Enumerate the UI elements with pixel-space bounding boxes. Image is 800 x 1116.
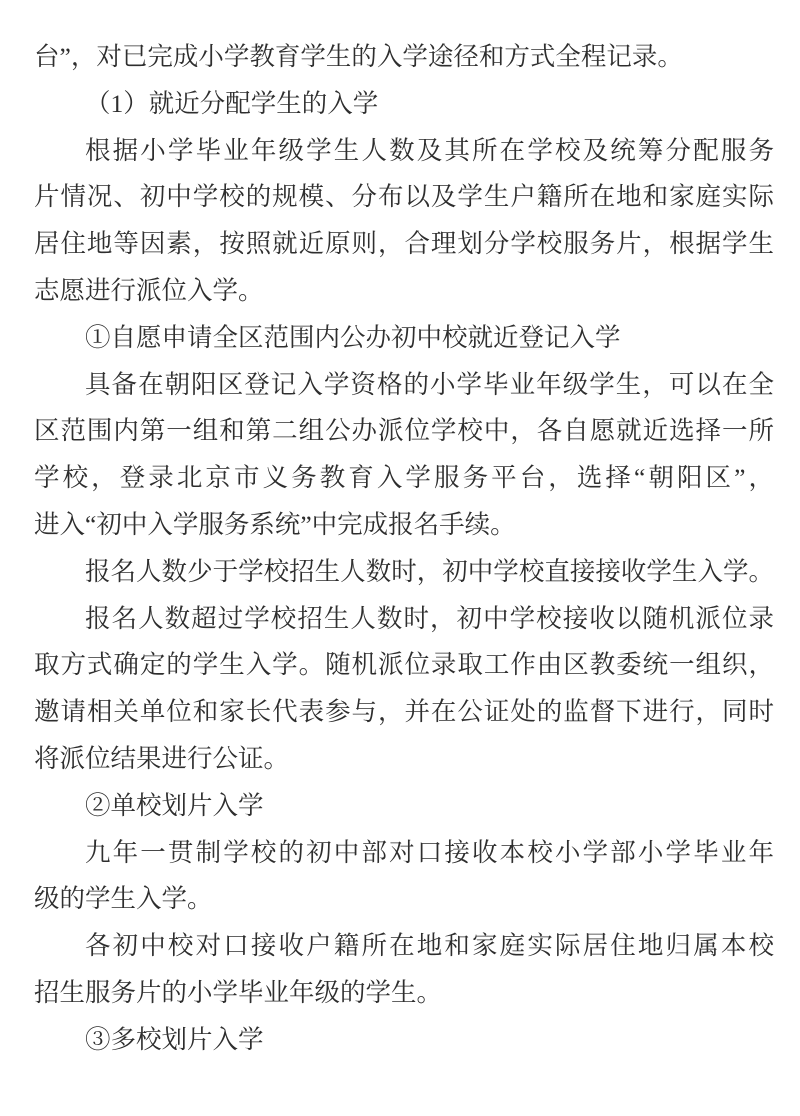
document-line: 根据小学毕业年级学生人数及其所在学校及统筹分配服务 [34, 128, 774, 175]
document-line: 片情况、初中学校的规模、分布以及学生户籍所在地和家庭实际 [34, 174, 774, 221]
document-line: 报名人数超过学校招生人数时，初中学校接收以随机派位录 [34, 596, 774, 643]
document-line: 招生服务片的小学毕业年级的学生。 [34, 970, 774, 1017]
document-line: 进入“初中入学服务系统”中完成报名手续。 [34, 502, 774, 549]
document-line: ①自愿申请全区范围内公办初中校就近登记入学 [34, 315, 774, 362]
document-line: （1）就近分配学生的入学 [34, 81, 774, 128]
document-line: 居住地等因素，按照就近原则，合理划分学校服务片，根据学生 [34, 221, 774, 268]
document-text-block: 台”，对已完成小学教育学生的入学途径和方式全程记录。 （1）就近分配学生的入学 … [34, 34, 774, 1064]
document-line: 报名人数少于学校招生人数时，初中学校直接接收学生入学。 [34, 549, 774, 596]
document-line: 学校，登录北京市义务教育入学服务平台，选择“朝阳区”， [34, 455, 774, 502]
document-line: ②单校划片入学 [34, 783, 774, 830]
document-page: 台”，对已完成小学教育学生的入学途径和方式全程记录。 （1）就近分配学生的入学 … [0, 0, 800, 1116]
document-line: ③多校划片入学 [34, 1017, 774, 1064]
document-line: 将派位结果进行公证。 [34, 736, 774, 783]
document-line: 取方式确定的学生入学。随机派位录取工作由区教委统一组织， [34, 642, 774, 689]
document-line: 志愿进行派位入学。 [34, 268, 774, 315]
document-line: 各初中校对口接收户籍所在地和家庭实际居住地归属本校 [34, 923, 774, 970]
document-line: 级的学生入学。 [34, 876, 774, 923]
document-line: 邀请相关单位和家长代表参与，并在公证处的监督下进行，同时 [34, 689, 774, 736]
document-line: 台”，对已完成小学教育学生的入学途径和方式全程记录。 [34, 34, 774, 81]
document-line: 具备在朝阳区登记入学资格的小学毕业年级学生，可以在全 [34, 362, 774, 409]
document-line: 区范围内第一组和第二组公办派位学校中，各自愿就近选择一所 [34, 408, 774, 455]
document-line: 九年一贯制学校的初中部对口接收本校小学部小学毕业年 [34, 830, 774, 877]
